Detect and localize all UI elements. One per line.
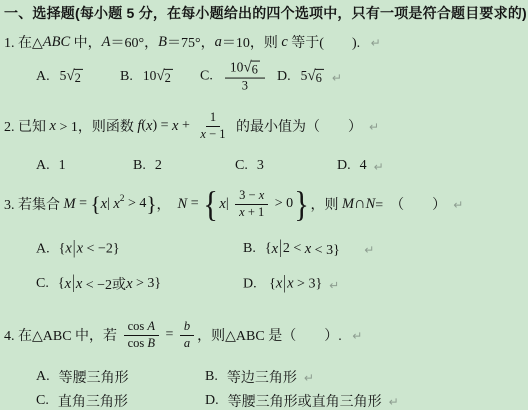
option-label: A.	[36, 369, 50, 385]
set-brace: {	[203, 186, 218, 222]
math-variable: a	[215, 34, 222, 51]
set-brace: }	[294, 186, 309, 222]
question-2-stem: 2. 已知 x > 1，则函数 f(x) = x + 1x − 1 的最小值为（…	[4, 103, 379, 149]
math-radical: 5√6	[301, 68, 324, 86]
question-1-options: A.5√2B.10√2C.10√63D.5√6↵	[0, 55, 528, 99]
paragraph-mark-icon: ↵	[371, 36, 381, 50]
option-label: A.	[36, 241, 50, 257]
option-label: B.	[243, 241, 256, 257]
text-run: {	[266, 276, 276, 292]
option-label: D.	[243, 276, 257, 292]
option-label: D.	[277, 69, 291, 85]
math-variable: B	[158, 34, 167, 51]
text-run: > 3}	[133, 276, 162, 292]
question-3-options-row-2: C.{x|x < −2或x > 3}D. {x|x > 3}↵	[0, 271, 528, 297]
set-divider-bar: |	[73, 238, 76, 260]
option-B: B.等边三角形↵	[205, 367, 314, 387]
text-run: > 3}	[294, 276, 323, 292]
text-run: 一、选择题(每小题 5 分，在每小题给出的四个选项中，只有一项是符合题目要求的)	[4, 3, 527, 23]
paragraph-mark-icon: ↵	[389, 395, 399, 409]
math-radical: 5√2	[60, 68, 83, 86]
text-run: ，则	[310, 194, 342, 214]
option-label: B.	[133, 158, 146, 174]
intersection-symbol: ∩	[354, 195, 366, 213]
text-run: 中，	[70, 32, 102, 52]
option-C: C.{x|x < −2或x > 3}	[36, 274, 161, 294]
text-run: ＝60°，	[111, 32, 159, 52]
fraction-denominator: cos B	[124, 336, 159, 352]
text-run: 的最小值为（ ）	[233, 116, 363, 136]
math-variable: A	[147, 319, 155, 335]
text-run: +	[178, 118, 193, 134]
fraction-numerator: 1	[206, 110, 220, 127]
document-page[interactable]: 一、选择题(每小题 5 分，在每小题给出的四个选项中，只有一项是符合题目要求的)…	[0, 0, 528, 410]
text-run: cos	[128, 336, 148, 352]
fraction-denominator: a	[180, 336, 194, 352]
fraction-numerator: 10√6	[225, 60, 265, 79]
radical-coefficient: 10	[230, 60, 244, 77]
option-label: C.	[200, 69, 213, 85]
option-label: C.	[36, 276, 49, 292]
fraction-numerator: b	[180, 319, 194, 336]
math-fraction: cos Acos B	[124, 319, 159, 351]
question-4-options-row-2: C.直角三角形D.等腰三角形或直角三角形↵	[0, 389, 528, 410]
paragraph-mark-icon: ↵	[453, 198, 463, 212]
text-run: 4	[360, 158, 367, 174]
math-variable: x	[65, 276, 71, 293]
question-4-options-row-1: A.等腰三角形B.等边三角形↵	[0, 366, 528, 388]
paragraph-mark-icon: ↵	[304, 371, 314, 385]
text-run: 3	[257, 158, 264, 174]
text-run: {	[58, 276, 65, 292]
fraction-numerator: cos A	[124, 319, 159, 336]
text-run: < −2}	[83, 241, 120, 257]
math-variable: M	[64, 196, 76, 213]
option-label: B.	[205, 369, 218, 385]
option-C: C.10√63	[200, 60, 268, 95]
text-run: 2. 已知	[4, 116, 50, 136]
text-run: < −2或	[82, 274, 126, 294]
math-variable: x	[276, 276, 282, 293]
option-D: D. {x|x > 3}↵	[243, 276, 339, 293]
math-variable: A	[102, 34, 111, 51]
radicand: 6	[315, 69, 324, 86]
fraction-denominator: 3	[238, 79, 252, 95]
option-D: D.等腰三角形或直角三角形↵	[205, 391, 399, 410]
fraction-numerator: 3 − x	[235, 188, 268, 205]
text-run: 等腰三角形	[59, 367, 129, 387]
option-A: A.5√2	[36, 68, 84, 86]
text-run: 等于( ).	[288, 32, 364, 52]
math-variable: x	[272, 241, 278, 258]
text-run: 等边三角形	[227, 367, 297, 387]
text-run: {	[265, 241, 272, 257]
radical-coefficient: 10	[143, 68, 157, 85]
option-C: C.3	[235, 158, 264, 174]
paragraph-mark-icon: ↵	[364, 243, 374, 257]
math-variable: a	[184, 336, 190, 352]
text-run: ＝10，则	[222, 32, 282, 52]
text-run: 1	[59, 158, 66, 174]
text-run: > 0	[271, 196, 293, 212]
option-label: A.	[36, 69, 50, 85]
math-fraction: 10√63	[225, 60, 265, 95]
fraction-denominator: x + 1	[235, 205, 268, 221]
paragraph-mark-icon: ↵	[374, 160, 384, 174]
text-run: 2	[155, 158, 162, 174]
radicand: 6	[251, 61, 260, 78]
math-radical: 10√6	[230, 60, 260, 78]
radicand: 2	[164, 69, 173, 86]
paragraph-mark-icon: ↵	[332, 71, 342, 85]
math-superscript: 2	[120, 194, 125, 204]
set-brace: {	[91, 194, 101, 215]
text-run: 直角三角形	[58, 391, 128, 410]
text-run: cos	[128, 319, 148, 335]
math-variable: x	[259, 188, 265, 204]
option-A: A.等腰三角形	[36, 367, 129, 387]
text-run: 3 −	[239, 188, 259, 204]
question-4-stem: 4. 在△ABC 中，若 cos Acos B = ba，则△ABC 是（ ）.…	[4, 311, 362, 359]
text-run: 3. 若集合	[4, 194, 64, 214]
option-C: C.直角三角形	[36, 391, 128, 410]
set-divider-bar: |	[279, 238, 282, 260]
paragraph-mark-icon: ↵	[329, 278, 339, 292]
text-run: 2 <	[283, 241, 305, 257]
text-run: = （ ）	[375, 194, 446, 214]
set-divider-bar: |	[72, 273, 75, 295]
question-2-options: A.1B.2C.3D.4↵	[0, 154, 528, 178]
option-label: B.	[120, 69, 133, 85]
paragraph-mark-icon: ↵	[352, 329, 362, 343]
text-run: 1. 在△	[4, 32, 43, 52]
option-B: B.10√2	[120, 68, 174, 86]
math-fraction: ba	[180, 319, 194, 351]
math-fraction: 3 − xx + 1	[235, 188, 268, 220]
math-variable: M	[342, 196, 354, 213]
text-run: 3	[242, 79, 248, 95]
text-run: 等腰三角形或直角三角形	[228, 391, 382, 410]
text-run: ) =	[152, 118, 172, 134]
option-label: D.	[205, 393, 219, 409]
math-variable: B	[147, 336, 155, 352]
set-brace: }	[146, 194, 156, 215]
text-run: |	[226, 196, 232, 212]
radical-coefficient: 5	[60, 68, 67, 85]
option-label: D.	[337, 158, 351, 174]
math-variable: b	[184, 319, 190, 335]
math-radical: 10√2	[143, 68, 173, 86]
math-fraction: 1x − 1	[196, 110, 229, 142]
paragraph-mark-icon: ↵	[369, 120, 379, 134]
section-heading: 一、选择题(每小题 5 分，在每小题给出的四个选项中，只有一项是符合题目要求的)…	[4, 2, 526, 24]
text-run: > 1，则函数	[56, 116, 137, 136]
math-variable: N	[366, 196, 376, 213]
radicand: 2	[74, 69, 83, 86]
option-A: A.{x|x < −2}	[36, 241, 120, 258]
text-run: ，	[157, 194, 178, 214]
question-1-stem: 1. 在△ABC 中，A＝60°，B＝75°，a＝10，则 c 等于( ). ↵	[4, 30, 381, 54]
math-variable: x	[65, 241, 71, 258]
text-run: 4. 在△ABC 中，若	[4, 325, 121, 345]
option-D: D.4↵	[337, 158, 384, 174]
option-B: B.2	[133, 158, 162, 174]
text-run: > 4	[125, 196, 147, 212]
fraction-denominator: x − 1	[196, 127, 229, 143]
text-run: ＝75°，	[167, 32, 215, 52]
math-variable: ABC	[43, 34, 70, 51]
radical-coefficient: 5	[301, 68, 308, 85]
text-run: ，则△ABC 是（ ）.	[197, 325, 345, 345]
text-run: =	[187, 196, 202, 212]
text-run: =	[76, 196, 91, 212]
question-3-stem: 3. 若集合 M = {x| x2 > 4}， N = {x| 3 − xx +…	[4, 181, 463, 227]
question-3-options-row-1: A.{x|x < −2}B.{x|2 < x < 3} ↵	[0, 236, 528, 262]
text-run: + 1	[245, 205, 265, 221]
option-D: D.5√6↵	[277, 68, 342, 86]
set-divider-bar: |	[283, 273, 286, 295]
text-run: < 3}	[311, 239, 357, 259]
option-B: B.{x|2 < x < 3} ↵	[243, 239, 374, 259]
option-label: C.	[36, 393, 49, 409]
text-run: 1	[210, 110, 216, 126]
math-variable: N	[178, 196, 188, 213]
option-label: C.	[235, 158, 248, 174]
option-label: A.	[36, 158, 50, 174]
text-run: − 1	[206, 127, 226, 143]
option-A: A.1	[36, 158, 66, 174]
text-run: =	[162, 327, 177, 343]
